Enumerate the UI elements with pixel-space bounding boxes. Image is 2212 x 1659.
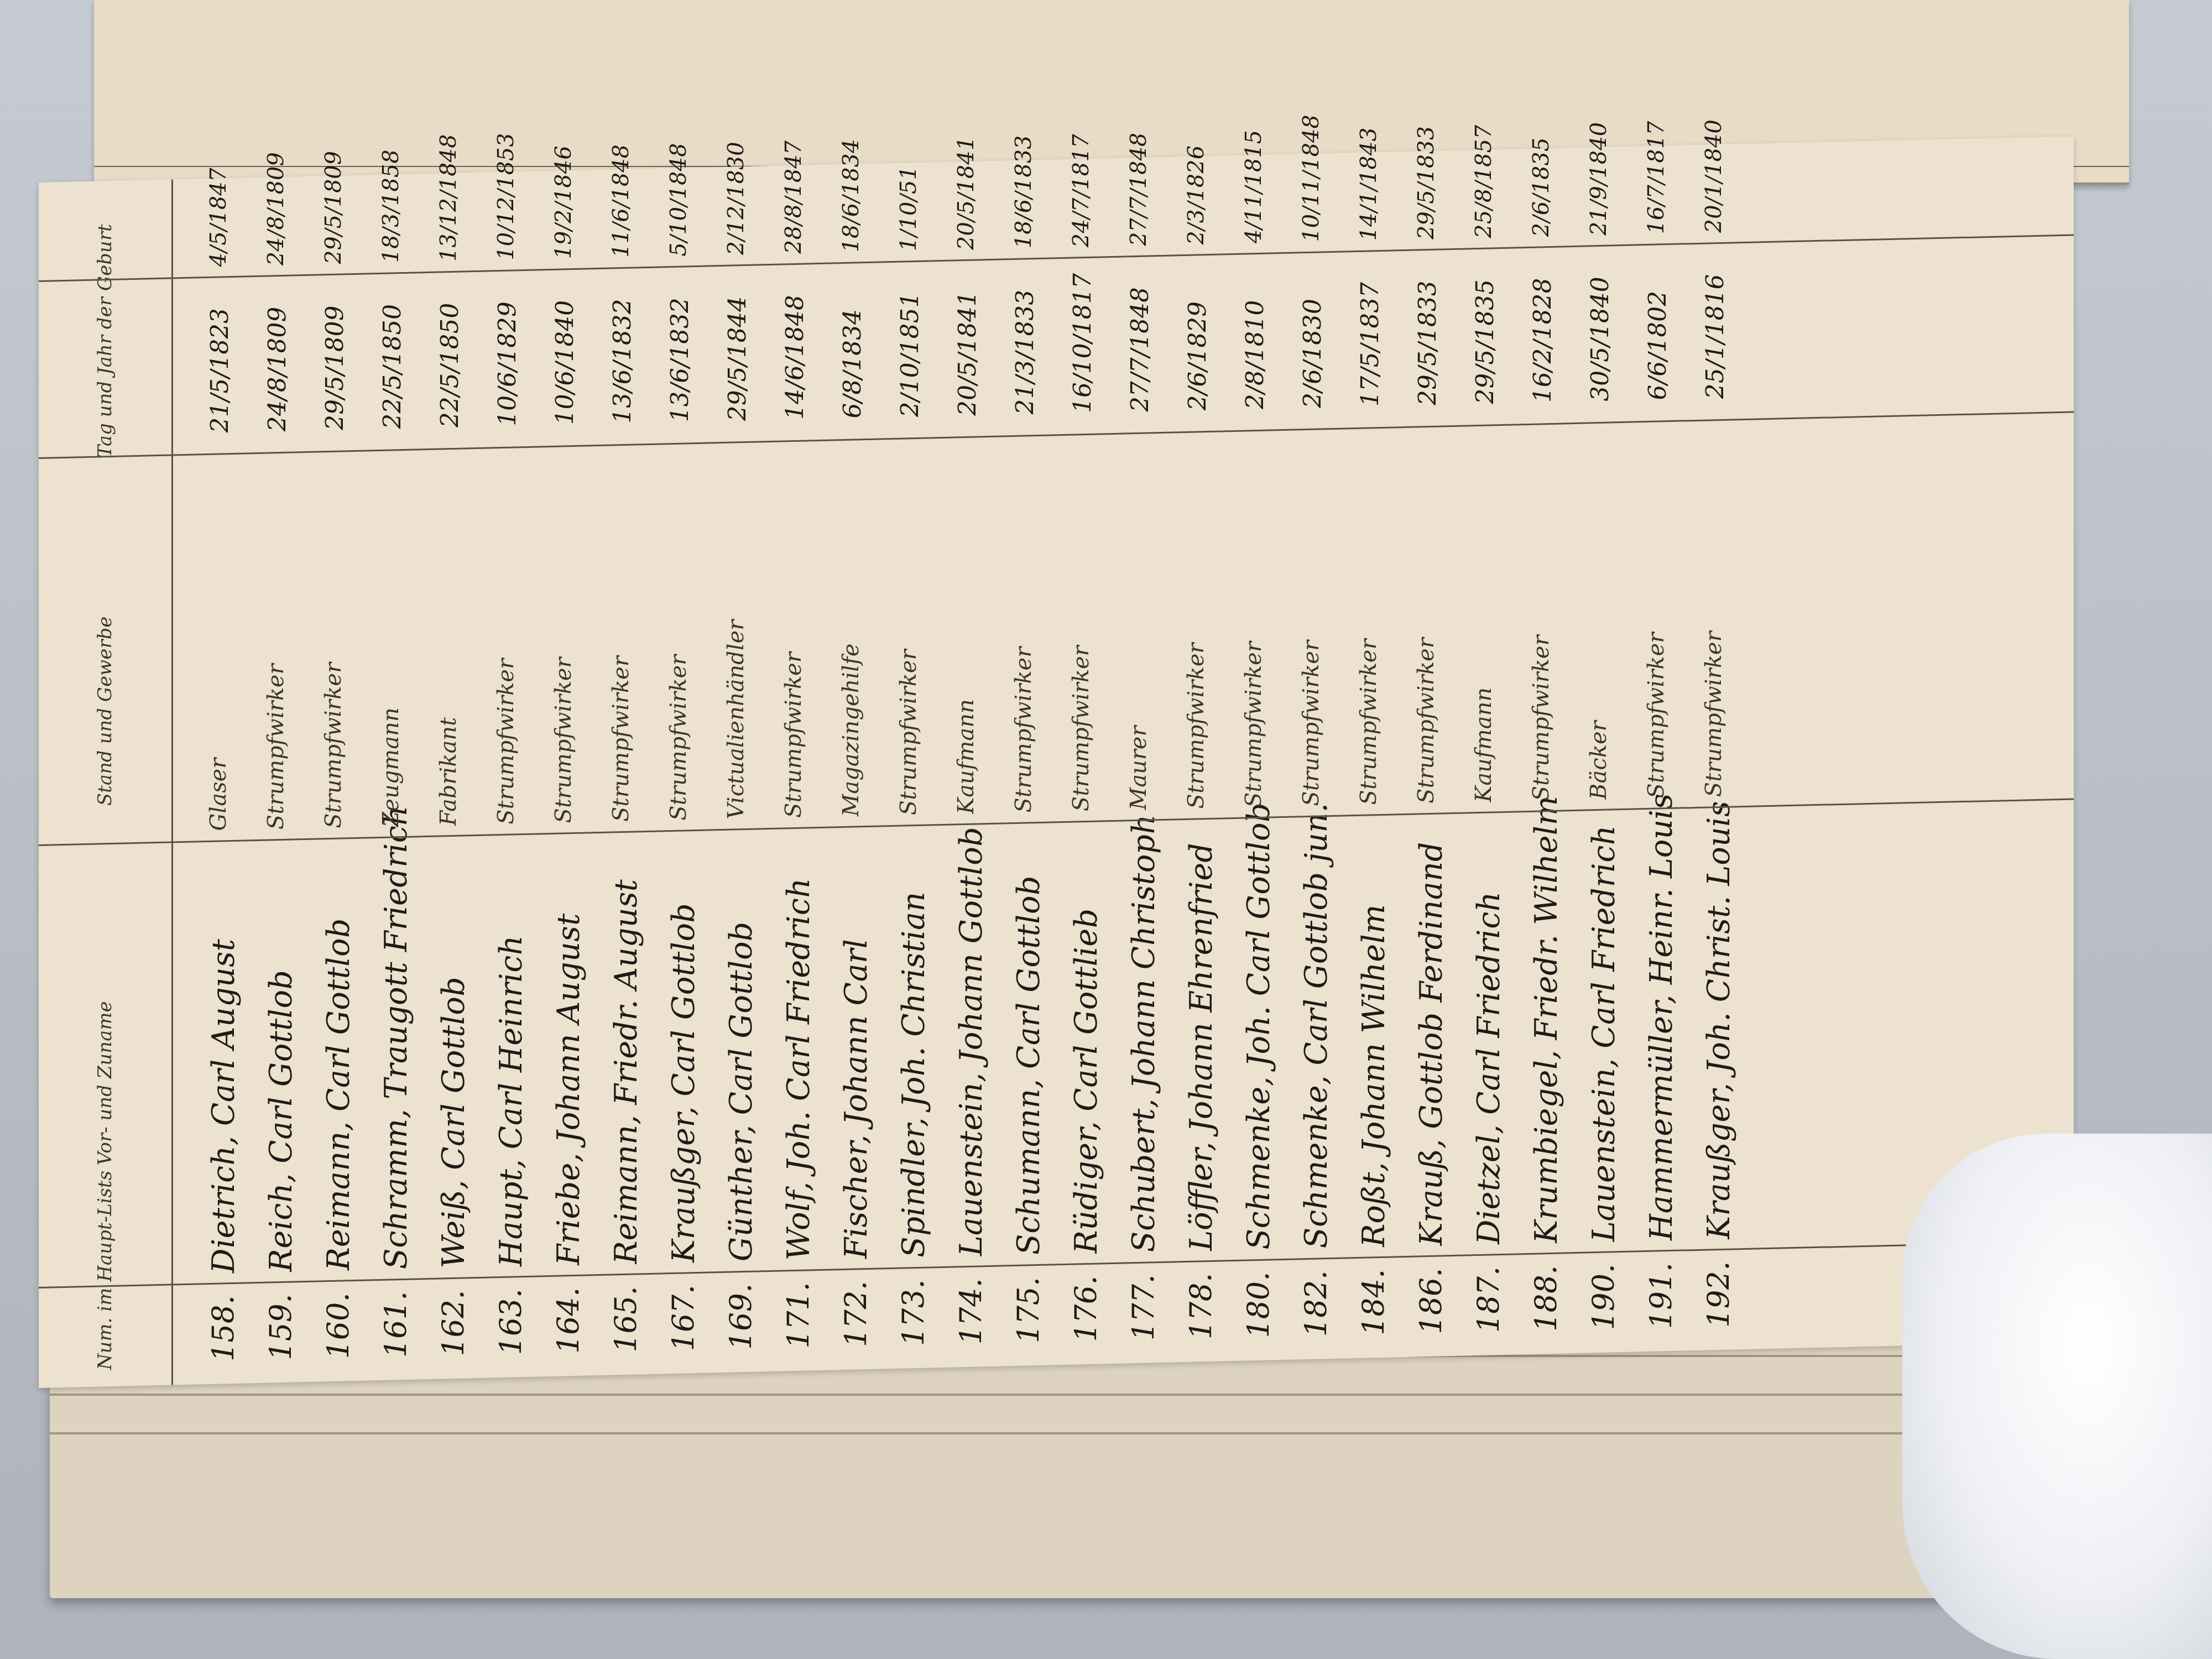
entry-birth: 16/2/1828 bbox=[1528, 278, 1557, 403]
entry-name: Dietrich, Carl August bbox=[206, 938, 242, 1274]
table-row: 174.Lauenstein, Johann GottlobKaufmann20… bbox=[941, 161, 999, 1368]
entry-trade: Strumpfwirker bbox=[551, 657, 576, 823]
table-row: 171.Wolf, Joh. Carl FriedrichStrumpfwirk… bbox=[769, 165, 826, 1371]
entry-date2: 18/6/1833 bbox=[1011, 135, 1036, 249]
entry-birth: 22/5/1850 bbox=[378, 304, 406, 429]
table-row: 192.Kraußger, Joh. Christ. LouisStrumpfw… bbox=[1689, 144, 1746, 1350]
entry-name: Schumann, Carl Gottlob bbox=[1011, 875, 1047, 1255]
entry-trade: Strumpfwirker bbox=[321, 662, 346, 828]
entry-name: Reimann, Carl Gottlob bbox=[321, 918, 357, 1271]
entry-date2: 2/3/1826 bbox=[1183, 145, 1209, 245]
entry-birth: 2/8/1810 bbox=[1241, 300, 1269, 410]
register-page: Num. im Haupt-Lists Vor- und Zuname Stan… bbox=[39, 136, 2074, 1388]
entry-date2: 21/9/1840 bbox=[1586, 122, 1611, 236]
entry-name: Kraußger, Carl Gottlob bbox=[666, 902, 702, 1263]
entry-num: 162. bbox=[436, 1290, 471, 1357]
table-row: 180.Schmenke, Joh. Carl GottlobStrumpfwi… bbox=[1229, 154, 1286, 1361]
entry-num: 190. bbox=[1586, 1264, 1621, 1331]
entry-name: Lauenstein, Johann Gottlob bbox=[953, 827, 989, 1257]
entry-name: Krumbiegel, Friedr. Wilhelm bbox=[1528, 796, 1564, 1244]
entry-trade: Glaser bbox=[206, 758, 231, 831]
header-birth: Tag und Jahr der Geburt bbox=[94, 224, 116, 458]
entry-birth: 30/5/1840 bbox=[1586, 276, 1614, 402]
entry-name: Hammermüller, Heinr. Louis bbox=[1644, 793, 1679, 1241]
table-row: 177.Schubert, Johann ChristophMaurer27/7… bbox=[1114, 157, 1171, 1364]
entry-name: Schramm, Traugott Friedrich bbox=[378, 805, 414, 1270]
entry-num: 163. bbox=[493, 1288, 528, 1356]
rotated-table: Num. im Haupt-Lists Vor- und Zuname Stan… bbox=[39, 136, 2074, 1388]
entry-date2: 16/7/1817 bbox=[1644, 121, 1669, 234]
entry-name: Lauenstein, Carl Friedrich bbox=[1586, 825, 1622, 1243]
entry-date2: 4/5/1847 bbox=[206, 167, 231, 267]
table-row: 188.Krumbiegel, Friedr. WilhelmStrumpfwi… bbox=[1516, 148, 1574, 1354]
entry-num: 184. bbox=[1356, 1269, 1391, 1336]
entry-name: Krauß, Gottlob Ferdinand bbox=[1413, 841, 1449, 1246]
entry-trade: Strumpfwirker bbox=[1644, 632, 1669, 799]
entry-date2: 20/5/1841 bbox=[953, 136, 979, 250]
entry-trade: Strumpfwirker bbox=[608, 656, 634, 822]
entry-date2: 25/8/1857 bbox=[1471, 124, 1496, 238]
entry-birth: 24/8/1809 bbox=[263, 306, 291, 432]
entry-date2: 18/6/1834 bbox=[838, 139, 864, 253]
header-name: Vor- und Zuname bbox=[94, 1001, 116, 1166]
entry-date2: 18/3/1858 bbox=[378, 149, 404, 263]
table-row: 159.Reich, Carl GottlobStrumpfwirker24/8… bbox=[251, 176, 309, 1383]
entry-num: 191. bbox=[1644, 1262, 1678, 1329]
entry-date2: 28/8/1847 bbox=[781, 140, 806, 254]
entry-date2: 24/8/1809 bbox=[263, 152, 289, 266]
entry-num: 159. bbox=[263, 1293, 298, 1361]
entry-birth: 29/5/1844 bbox=[723, 296, 752, 421]
entry-num: 172. bbox=[838, 1281, 873, 1348]
entry-trade: Strumpfwirker bbox=[1701, 631, 1726, 797]
table-row: 164.Friebe, Johann AugustStrumpfwirker10… bbox=[539, 170, 596, 1376]
entry-trade: Strumpfwirker bbox=[1183, 643, 1209, 809]
entry-num: 188. bbox=[1528, 1265, 1563, 1332]
entry-trade: Victualienhändler bbox=[723, 619, 749, 820]
entry-num: 169. bbox=[723, 1283, 758, 1350]
entry-trade: Strumpfwirker bbox=[1068, 645, 1094, 812]
entry-date2: 20/1/1840 bbox=[1701, 119, 1726, 233]
entry-name: Fischer, Johann Carl bbox=[838, 938, 874, 1259]
entry-trade: Strumpfwirker bbox=[1528, 635, 1554, 801]
entry-date2: 27/7/1848 bbox=[1126, 132, 1151, 246]
table-row: 158.Dietrich, Carl AugustGlaser21/5/1823… bbox=[194, 178, 251, 1384]
entry-trade: Maurer bbox=[1126, 726, 1151, 811]
entry-trade: Strumpfwirker bbox=[1356, 639, 1381, 805]
entry-birth: 10/6/1840 bbox=[551, 300, 579, 425]
entry-num: 164. bbox=[551, 1287, 586, 1354]
entry-num: 177. bbox=[1126, 1274, 1161, 1342]
entry-birth: 13/6/1832 bbox=[666, 297, 694, 422]
entry-birth: 27/7/1848 bbox=[1126, 287, 1154, 413]
entry-trade: Strumpfwirker bbox=[1011, 646, 1036, 813]
table-row: 187.Dietzel, Carl FriedrichKaufmann29/5/… bbox=[1459, 149, 1516, 1355]
entry-name: Weiß, Carl Gottlob bbox=[436, 977, 472, 1269]
entry-trade: Strumpfwirker bbox=[1413, 638, 1439, 804]
entry-name: Reich, Carl Gottlob bbox=[263, 969, 299, 1272]
entry-birth: 6/8/1834 bbox=[838, 309, 867, 419]
entry-birth: 20/5/1841 bbox=[953, 291, 982, 416]
entry-birth: 6/6/1802 bbox=[1644, 290, 1672, 400]
entry-trade: Strumpfwirker bbox=[1298, 640, 1324, 806]
table-row: 190.Lauenstein, Carl FriedrichBäcker30/5… bbox=[1574, 147, 1631, 1353]
entry-birth: 17/5/1837 bbox=[1356, 281, 1384, 407]
page-edge-line bbox=[50, 1394, 2151, 1396]
entry-name: Reimann, Friedr. August bbox=[608, 879, 644, 1264]
entry-trade: Kaufmann bbox=[1471, 687, 1496, 803]
header-num: Num. im Haupt-Lists bbox=[94, 1171, 116, 1370]
entry-birth: 21/3/1833 bbox=[1011, 289, 1039, 415]
entry-date2: 29/5/1809 bbox=[321, 150, 346, 264]
table-row: 191.Hammermüller, Heinr. LouisStrumpfwir… bbox=[1631, 145, 1689, 1352]
entry-name: Schubert, Johann Christoph bbox=[1126, 814, 1162, 1253]
entry-name: Kraußger, Joh. Christ. Louis bbox=[1701, 801, 1737, 1240]
entry-num: 178. bbox=[1183, 1272, 1218, 1340]
entry-date2: 13/12/1848 bbox=[436, 134, 461, 262]
entry-birth: 2/10/1851 bbox=[896, 292, 924, 418]
entry-trade: Strumpfwirker bbox=[493, 658, 519, 825]
entry-birth: 21/5/1823 bbox=[206, 307, 234, 433]
entry-num: 187. bbox=[1471, 1266, 1506, 1334]
table-row: 184.Roßt, Johann WilhelmStrumpfwirker17/… bbox=[1344, 152, 1401, 1358]
table-row: 165.Reimann, Friedr. AugustStrumpfwirker… bbox=[596, 169, 654, 1375]
entry-birth: 16/10/1817 bbox=[1068, 273, 1097, 414]
entry-trade: Strumpfwirker bbox=[666, 654, 691, 821]
table-row: 173.Spindler, Joh. ChristianStrumpfwirke… bbox=[884, 162, 941, 1369]
entry-name: Schmenke, Carl Gottlob jun. bbox=[1298, 802, 1334, 1249]
entry-name: Wolf, Joh. Carl Friedrich bbox=[781, 878, 817, 1260]
entry-birth: 25/1/1816 bbox=[1701, 274, 1729, 399]
table-header: Num. im Haupt-Lists Vor- und Zuname Stan… bbox=[39, 179, 177, 1388]
header-rule bbox=[171, 179, 173, 1385]
entry-date2: 4/11/1815 bbox=[1241, 130, 1266, 244]
entry-name: Schmenke, Joh. Carl Gottlob bbox=[1241, 802, 1277, 1250]
entry-birth: 2/6/1829 bbox=[1183, 301, 1212, 411]
entry-trade: Strumpfwirker bbox=[781, 652, 806, 818]
table-row: 160.Reimann, Carl GottlobStrumpfwirker29… bbox=[309, 175, 366, 1382]
entry-date2: 2/12/1830 bbox=[723, 142, 749, 255]
entry-trade: Kaufmann bbox=[953, 699, 979, 815]
table-row: 176.Rüdiger, Carl GottliebStrumpfwirker1… bbox=[1056, 158, 1114, 1365]
table-row: 169.Günther, Carl GottlobVictualienhändl… bbox=[711, 166, 769, 1373]
entry-name: Günther, Carl Gottlob bbox=[723, 921, 759, 1262]
entry-birth: 14/6/1848 bbox=[781, 295, 809, 420]
table-row: 178.Löffler, Johann EhrenfriedStrumpfwir… bbox=[1171, 155, 1229, 1362]
header-trade: Stand und Gewerbe bbox=[94, 616, 116, 806]
entry-name: Friebe, Johann August bbox=[551, 913, 587, 1266]
entry-num: 186. bbox=[1413, 1267, 1448, 1335]
table-row: 162.Weiß, Carl GottlobFabrikant22/5/1850… bbox=[424, 173, 481, 1379]
entry-date2: 29/5/1833 bbox=[1413, 126, 1439, 239]
table-row: 163.Haupt, Carl HeinrichStrumpfwirker10/… bbox=[481, 171, 539, 1378]
entry-trade: Bäcker bbox=[1586, 721, 1611, 800]
entry-num: 173. bbox=[896, 1279, 931, 1347]
table-row: 167.Kraußger, Carl GottlobStrumpfwirker1… bbox=[654, 167, 711, 1374]
table-row: 161.Schramm, Traugott FriedrichZeugmann2… bbox=[366, 174, 424, 1380]
entry-birth: 29/5/1833 bbox=[1413, 280, 1442, 406]
entry-date2: 24/7/1817 bbox=[1068, 134, 1094, 248]
entry-num: 176. bbox=[1068, 1275, 1103, 1343]
entry-date2: 2/6/1835 bbox=[1528, 137, 1554, 237]
table-row: 186.Krauß, Gottlob FerdinandStrumpfwirke… bbox=[1401, 150, 1459, 1357]
table-row: 172.Fischer, Johann CarlMagazingehilfe6/… bbox=[826, 163, 884, 1370]
entry-num: 175. bbox=[1011, 1276, 1046, 1344]
entry-trade: Magazingehilfe bbox=[838, 643, 864, 817]
entry-name: Haupt, Carl Heinrich bbox=[493, 935, 529, 1267]
entry-trade: Fabrikant bbox=[436, 717, 461, 826]
entry-birth: 10/6/1829 bbox=[493, 301, 521, 427]
entry-num: 158. bbox=[206, 1295, 241, 1362]
entry-date2: 5/10/1848 bbox=[666, 143, 691, 257]
entry-num: 174. bbox=[953, 1278, 988, 1345]
entry-date2: 19/2/1846 bbox=[551, 145, 576, 259]
entry-num: 192. bbox=[1701, 1261, 1736, 1328]
entry-birth: 2/6/1830 bbox=[1298, 299, 1327, 409]
page-edge-line bbox=[50, 1432, 2151, 1434]
entry-name: Spindler, Joh. Christian bbox=[896, 891, 932, 1258]
entry-birth: 29/5/1809 bbox=[321, 305, 349, 431]
entry-date2: 10/11/1848 bbox=[1298, 114, 1324, 243]
entry-birth: 13/6/1832 bbox=[608, 299, 637, 424]
entry-date2: 11/6/1848 bbox=[608, 144, 634, 258]
table-row: 175.Schumann, Carl GottlobStrumpfwirker2… bbox=[999, 159, 1056, 1366]
entry-trade: Zeugmann bbox=[378, 707, 404, 827]
entry-birth: 29/5/1835 bbox=[1471, 279, 1499, 404]
entry-num: 165. bbox=[608, 1286, 643, 1353]
entry-trade: Strumpfwirker bbox=[263, 664, 289, 830]
entry-num: 182. bbox=[1298, 1270, 1333, 1338]
entry-num: 171. bbox=[781, 1282, 816, 1349]
table-row: 182.Schmenke, Carl Gottlob jun.Strumpfwi… bbox=[1286, 153, 1344, 1359]
entry-name: Dietzel, Carl Friedrich bbox=[1471, 891, 1507, 1245]
entry-num: 160. bbox=[321, 1292, 356, 1360]
entry-name: Löffler, Johann Ehrenfried bbox=[1183, 842, 1219, 1251]
entry-date2: 10/12/1853 bbox=[493, 133, 519, 261]
entry-name: Roßt, Johann Wilhelm bbox=[1356, 904, 1392, 1248]
entry-trade: Strumpfwirker bbox=[896, 649, 921, 816]
entry-date2: 14/1/1843 bbox=[1356, 127, 1381, 241]
entry-date2: 1/10/51 bbox=[896, 166, 921, 252]
gloved-hand bbox=[1902, 1134, 2212, 1659]
entry-trade: Strumpfwirker bbox=[1241, 641, 1266, 808]
entry-name: Rüdiger, Carl Gottlieb bbox=[1068, 908, 1104, 1254]
entry-num: 180. bbox=[1241, 1271, 1276, 1339]
entry-num: 167. bbox=[666, 1285, 701, 1352]
entry-birth: 22/5/1850 bbox=[436, 302, 464, 428]
entry-num: 161. bbox=[378, 1291, 413, 1358]
